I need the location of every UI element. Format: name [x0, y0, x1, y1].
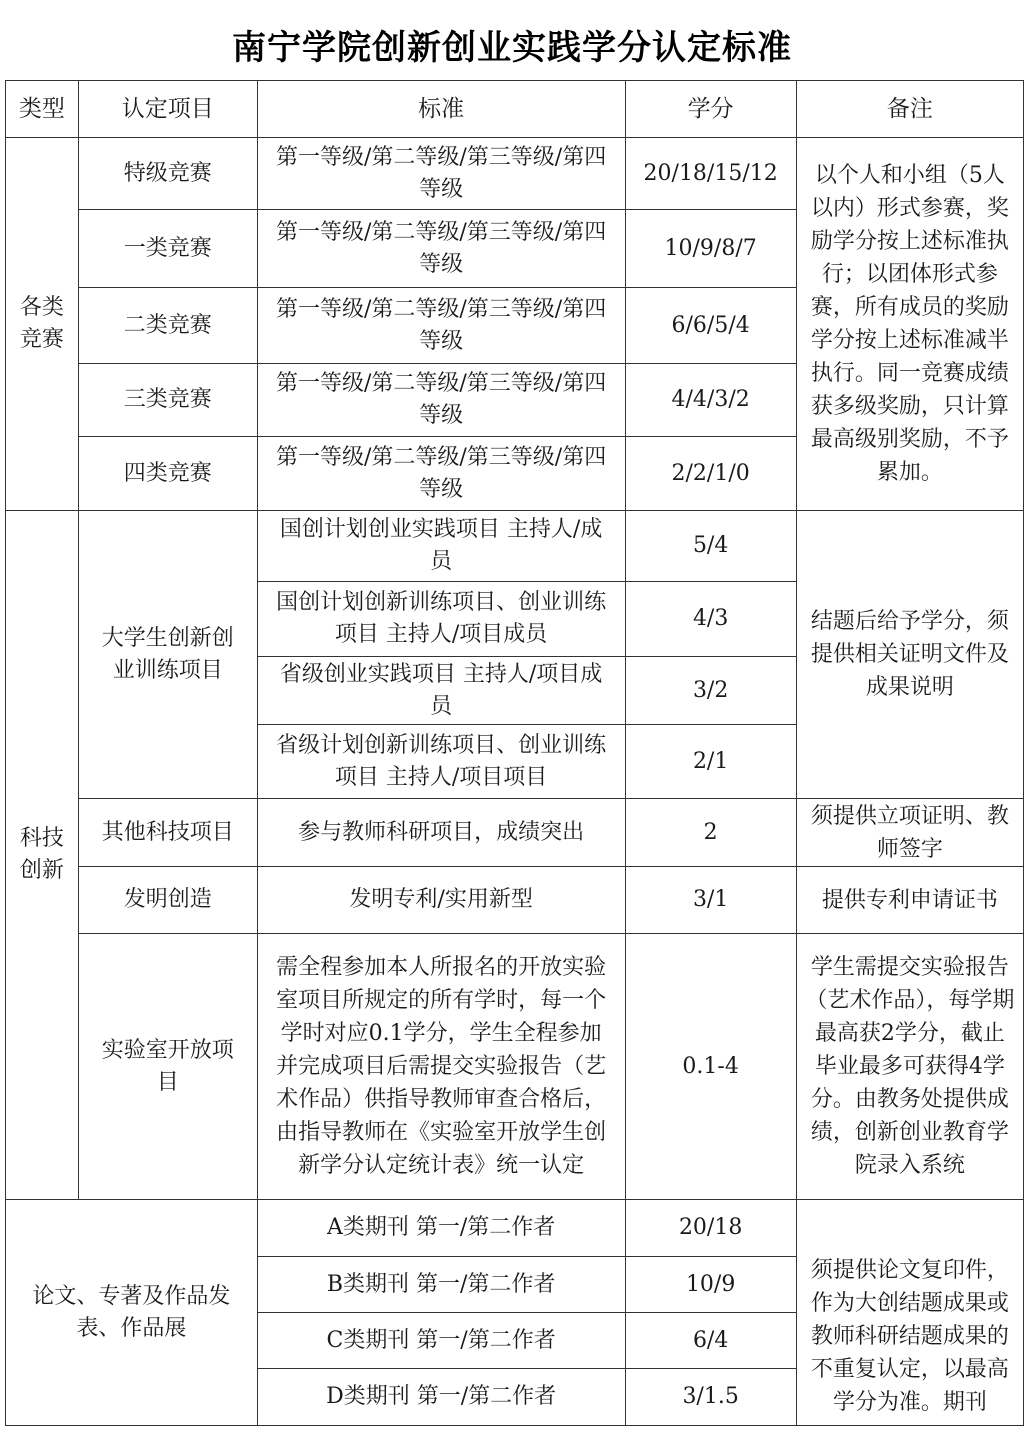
standard-cell: C类期刊 第一/第二作者 — [257, 1313, 625, 1369]
note-cell-papers: 须提供论文复印件，作为大创结题成果或教师科研结题成果的不重复认定，以最高学分为准… — [796, 1200, 1023, 1426]
item-cell: 三类竞赛 — [78, 364, 257, 437]
note-cell-innovation-training: 结题后给予学分，须提供相关证明文件及成果说明 — [796, 511, 1023, 799]
credit-cell: 3/2 — [625, 657, 796, 725]
credit-cell: 4/4/3/2 — [625, 364, 796, 437]
note-cell: 学生需提交实验报告（艺术作品），每学期最高获2学分，截止毕业最多可获得4学分。由… — [796, 934, 1023, 1200]
note-cell: 须提供立项证明、教师签字 — [796, 799, 1023, 867]
credit-cell: 5/4 — [625, 511, 796, 582]
type-cell-tech: 科技创新 — [6, 511, 79, 1200]
credit-cell: 2/2/1/0 — [625, 437, 796, 511]
table-row: 各类竞赛 特级竞赛 第一等级/第二等级/第三等级/第四等级 20/18/15/1… — [6, 138, 1024, 210]
standard-cell: 发明专利/实用新型 — [257, 867, 625, 934]
table-row: 发明创造 发明专利/实用新型 3/1 提供专利申请证书 — [6, 867, 1024, 934]
standard-cell: 省级创业实践项目 主持人/项目成员 — [257, 657, 625, 725]
item-cell: 特级竞赛 — [78, 138, 257, 210]
table-header-row: 类型 认定项目 标准 学分 备注 — [6, 81, 1024, 138]
credit-cell: 2/1 — [625, 725, 796, 799]
note-cell: 提供专利申请证书 — [796, 867, 1023, 934]
standard-cell: A类期刊 第一/第二作者 — [257, 1200, 625, 1257]
standard-cell: 参与教师科研项目，成绩突出 — [257, 799, 625, 867]
header-type: 类型 — [6, 81, 79, 138]
standard-cell: 第一等级/第二等级/第三等级/第四等级 — [257, 138, 625, 210]
credit-cell: 2 — [625, 799, 796, 867]
standard-cell: 省级计划创新训练项目、创业训练项目 主持人/项目项目 — [257, 725, 625, 799]
standard-cell: B类期刊 第一/第二作者 — [257, 1257, 625, 1313]
credit-cell: 6/6/5/4 — [625, 288, 796, 364]
standard-cell: 第一等级/第二等级/第三等级/第四等级 — [257, 437, 625, 511]
standard-cell: 第一等级/第二等级/第三等级/第四等级 — [257, 288, 625, 364]
item-cell: 其他科技项目 — [78, 799, 257, 867]
credit-cell: 0.1-4 — [625, 934, 796, 1200]
table-row: 其他科技项目 参与教师科研项目，成绩突出 2 须提供立项证明、教师签字 — [6, 799, 1024, 867]
credit-cell: 10/9 — [625, 1257, 796, 1313]
item-cell: 一类竞赛 — [78, 210, 257, 288]
standard-cell: 国创计划创业实践项目 主持人/成员 — [257, 511, 625, 582]
credit-cell: 4/3 — [625, 582, 796, 657]
header-credit: 学分 — [625, 81, 796, 138]
table-row: 科技创新 大学生创新创业训练项目 国创计划创业实践项目 主持人/成员 5/4 结… — [6, 511, 1024, 582]
note-cell-competitions: 以个人和小组（5人以内）形式参赛，奖励学分按上述标准执行；以团体形式参赛，所有成… — [796, 138, 1023, 511]
table-row: 实验室开放项目 需全程参加本人所报名的开放实验室项目所规定的所有学时，每一个学时… — [6, 934, 1024, 1200]
standard-cell: 需全程参加本人所报名的开放实验室项目所规定的所有学时，每一个学时对应0.1学分，… — [257, 934, 625, 1200]
standard-cell: 第一等级/第二等级/第三等级/第四等级 — [257, 210, 625, 288]
credit-cell: 6/4 — [625, 1313, 796, 1369]
page-title: 南宁学院创新创业实践学分认定标准 — [0, 20, 1024, 69]
type-cell-competitions: 各类竞赛 — [6, 138, 79, 511]
standard-cell: D类期刊 第一/第二作者 — [257, 1369, 625, 1426]
type-cell-papers: 论文、专著及作品发表、作品展 — [6, 1200, 258, 1426]
item-cell: 发明创造 — [78, 867, 257, 934]
item-cell: 二类竞赛 — [78, 288, 257, 364]
credit-cell: 20/18/15/12 — [625, 138, 796, 210]
item-cell: 实验室开放项目 — [78, 934, 257, 1200]
standard-cell: 国创计划创新训练项目、创业训练项目 主持人/项目成员 — [257, 582, 625, 657]
header-note: 备注 — [796, 81, 1023, 138]
credit-cell: 3/1 — [625, 867, 796, 934]
standard-cell: 第一等级/第二等级/第三等级/第四等级 — [257, 364, 625, 437]
credit-cell: 3/1.5 — [625, 1369, 796, 1426]
header-item: 认定项目 — [78, 81, 257, 138]
item-cell: 四类竞赛 — [78, 437, 257, 511]
credit-cell: 20/18 — [625, 1200, 796, 1257]
header-standard: 标准 — [257, 81, 625, 138]
credit-standards-table: 类型 认定项目 标准 学分 备注 各类竞赛 特级竞赛 第一等级/第二等级/第三等… — [5, 80, 1024, 1426]
item-cell-innovation-training: 大学生创新创业训练项目 — [78, 511, 257, 799]
credit-cell: 10/9/8/7 — [625, 210, 796, 288]
table-row: 论文、专著及作品发表、作品展 A类期刊 第一/第二作者 20/18 须提供论文复… — [6, 1200, 1024, 1257]
